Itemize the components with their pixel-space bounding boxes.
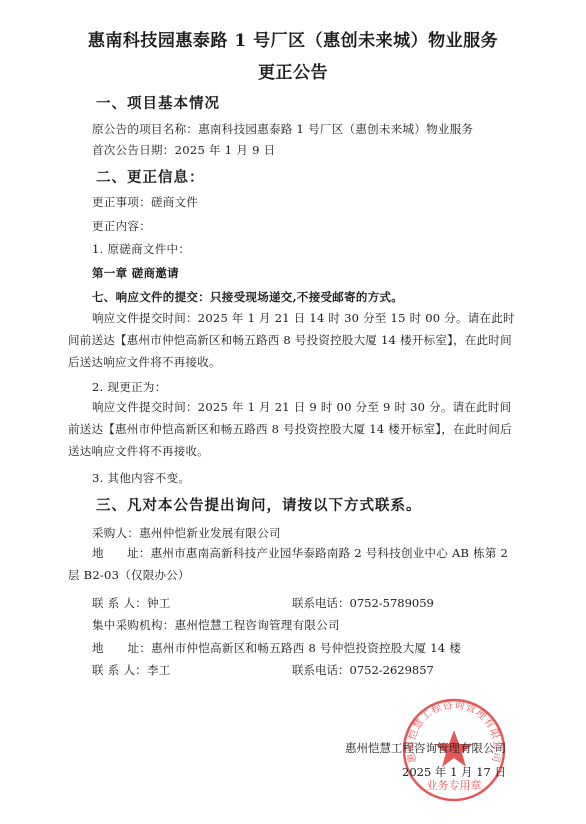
corrected-label: 2. 现更正为： — [92, 379, 167, 395]
other-unchanged: 3. 其他内容不变。 — [92, 470, 190, 486]
purchaser-address: 地 址：惠州市惠南高新科技产业园华泰路南路 2 号科技创业中心 AB 栋第 2 … — [68, 542, 518, 586]
section1-heading: 一、项目基本情况 — [96, 92, 220, 113]
signature-company: 惠州恺慧工程咨询管理有限公司 — [345, 740, 506, 756]
agency-address: 地 址：惠州市仲恺高新区和畅五路西 8 号仲恺投资控股大厦 14 楼 — [92, 640, 461, 656]
agency-contact: 联 系 人：李工 — [92, 662, 171, 678]
clause-title: 七、响应文件的提交：只接受现场递交,不接受邮寄的方式。 — [92, 289, 403, 305]
project-name: 原公告的项目名称：惠南科技园惠泰路 1 号厂区（惠创未来城）物业服务 — [92, 121, 473, 137]
corrected-text: 响应文件提交时间：2025 年 1 月 21 日 9 时 00 分至 9 时 3… — [68, 396, 518, 462]
agency-phone: 联系电话：0752-2629857 — [292, 662, 434, 678]
purchaser-contact: 联 系 人：钟工 — [92, 595, 171, 611]
original-label: 1. 原磋商文件中： — [92, 241, 190, 257]
doc-title-line2: 更正公告 — [0, 58, 586, 83]
chapter-title: 第一章 磋商邀请 — [92, 265, 179, 281]
section2-heading: 二、更正信息： — [96, 166, 205, 187]
first-announcement-date: 首次公告日期：2025 年 1 月 9 日 — [92, 142, 275, 158]
purchaser: 采购人：惠州仲恺新业发展有限公司 — [92, 525, 281, 541]
signature-date: 2025 年 1 月 17 日 — [402, 764, 506, 780]
purchaser-phone: 联系电话：0752-5789059 — [292, 595, 434, 611]
section3-heading: 三、凡对本公告提出询问，请按以下方式联系。 — [96, 494, 422, 515]
original-text: 响应文件提交时间：2025 年 1 月 21 日 14 时 30 分至 15 时… — [68, 307, 518, 373]
doc-title-line1: 惠南科技园惠泰路 1 号厂区（惠创未来城）物业服务 — [0, 26, 586, 51]
agency: 集中采购机构：惠州恺慧工程咨询管理有限公司 — [92, 617, 340, 633]
correction-content-label: 更正内容： — [92, 218, 151, 234]
correction-item: 更正事项：磋商文件 — [92, 194, 198, 210]
stamp-bottom-text: 业务专用章 — [427, 778, 482, 792]
